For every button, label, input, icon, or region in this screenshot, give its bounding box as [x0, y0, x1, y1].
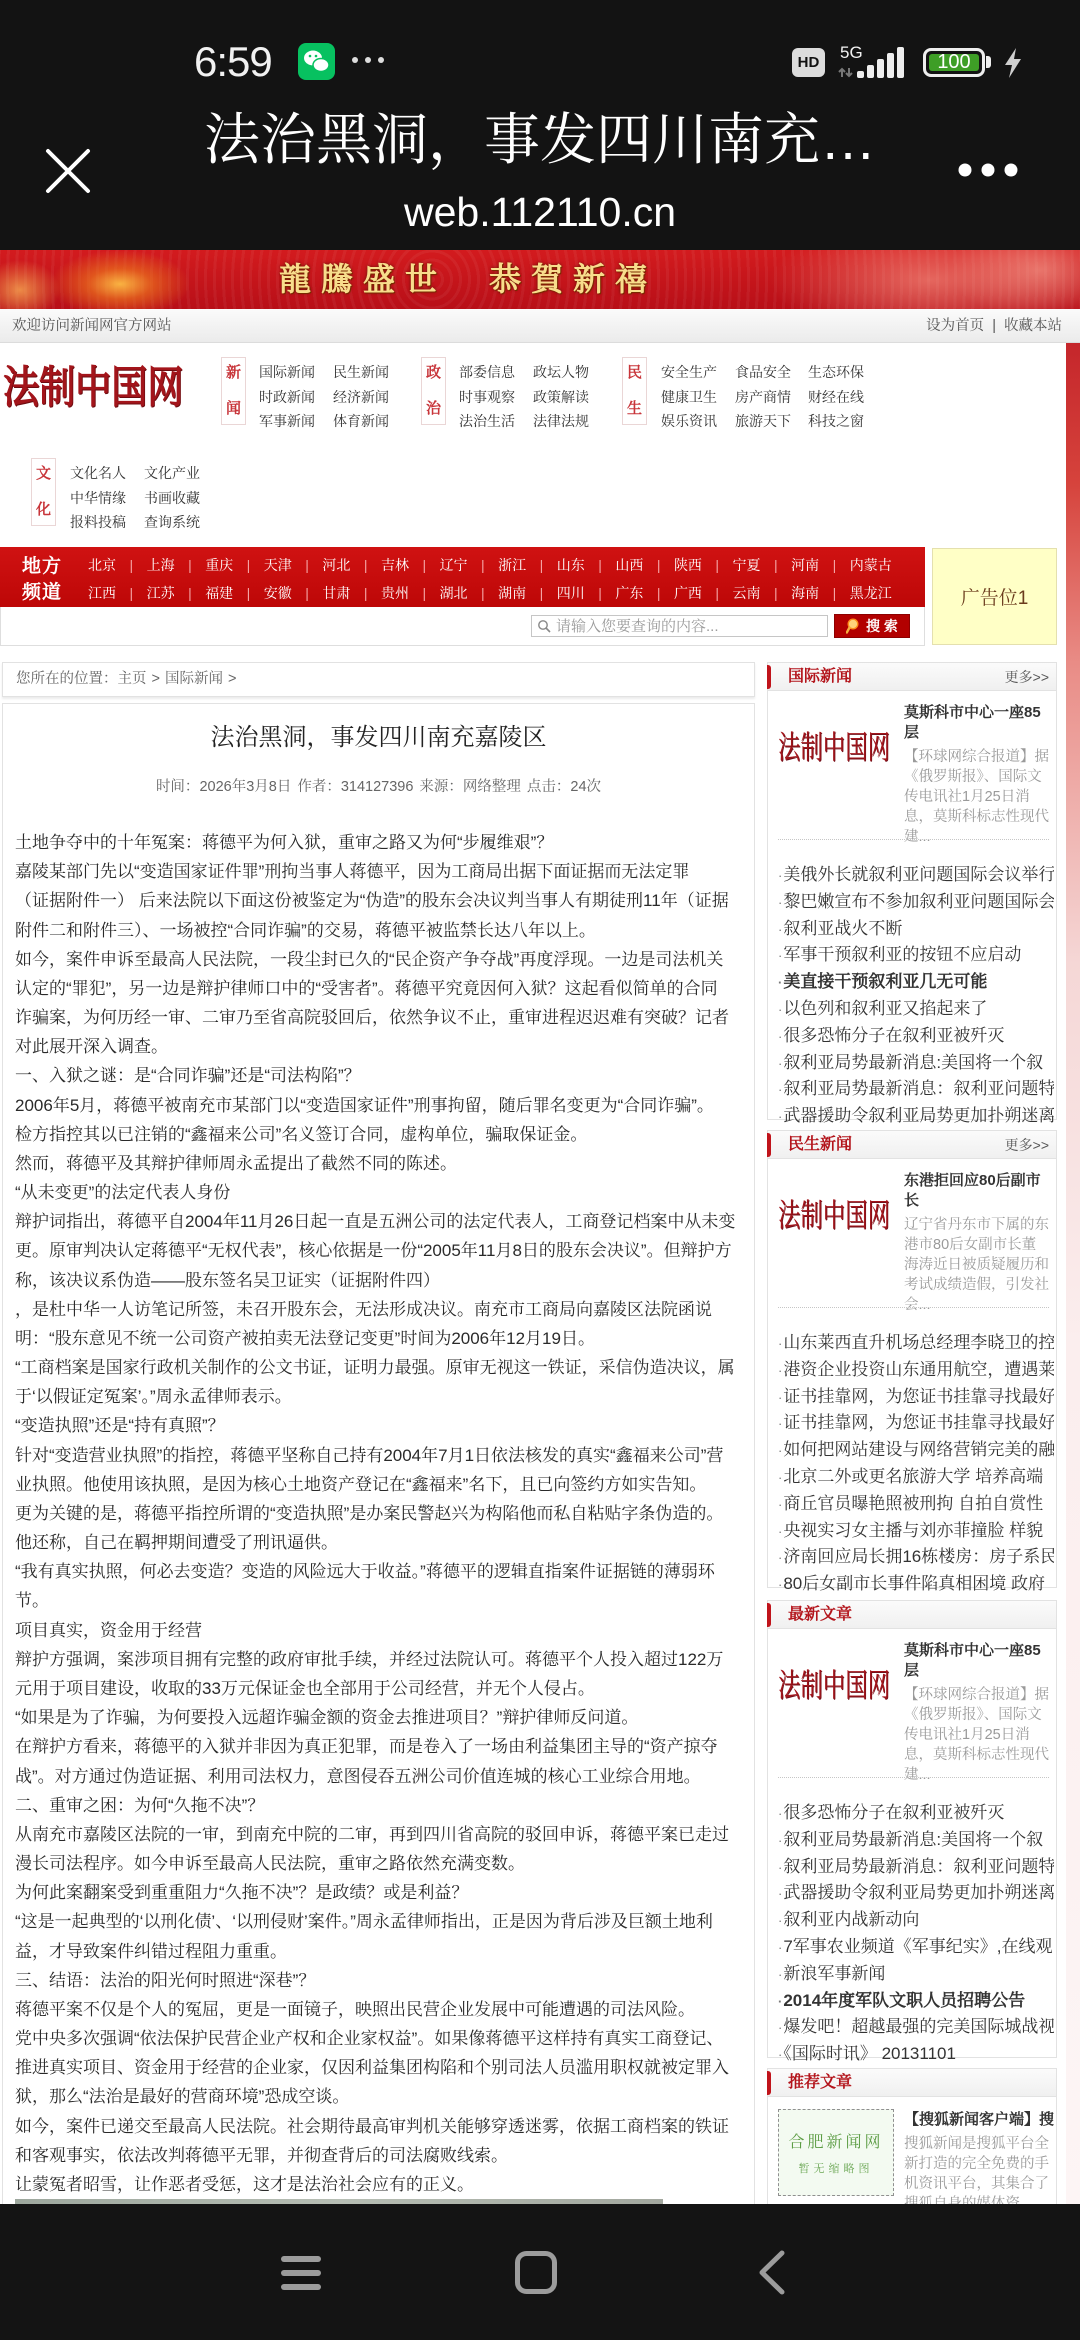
nav-link[interactable]: 房产商情 [735, 385, 808, 410]
meta-clicks-label: 点击： [527, 779, 571, 795]
separator: | [819, 552, 850, 578]
article-line: 党中央多次强调“依法保护民营企业产权和企业家权益”。如果像蒋德平这样持有真实工商… [15, 2024, 753, 2053]
region-link[interactable]: 重庆 [205, 552, 233, 578]
news-link[interactable]: ·济南回应局长拥16栋楼房：房子系民 [778, 1544, 1054, 1571]
separator: | [175, 552, 206, 578]
article-line: “工商档案是国家行政机关制作的公文书证，证明力最强。原审无视这一铁证，采信伪造决… [15, 1353, 753, 1382]
region-link[interactable]: 河北 [322, 552, 350, 578]
region-row: 江西| 江苏| 福建| 安徽| 甘肃| 贵州| 湖北| 湖南| 四川| 广东| … [88, 580, 892, 606]
separator: | [409, 580, 440, 606]
news-link[interactable]: ·叙利亚局势最新消息:美国将一个叙 [778, 1827, 1054, 1854]
summary-line: 《俄罗斯报》、国际文 [904, 767, 1054, 787]
summary-line: 息，莫斯科标志性现代 [904, 1745, 1054, 1765]
region-link[interactable]: 福建 [205, 580, 233, 606]
region-link[interactable]: 河南 [791, 552, 819, 578]
banner-text-right: 恭賀新禧 [489, 250, 657, 309]
separator: | [350, 552, 381, 578]
nav-group-label-char: 政 [426, 364, 441, 382]
nav-link[interactable]: 生态环保 [808, 360, 882, 385]
separator: | [468, 552, 499, 578]
nav-link[interactable]: 国际新闻 [259, 360, 333, 385]
separator: | [585, 552, 616, 578]
article-line: 从南充市嘉陵区法院的一审，到南充中院的二审，再到四川省高院的驳回申诉，蒋德平案已… [15, 1820, 753, 1849]
featured-summary: 辽宁省丹东市下属的东 港市80后女副市长董 海涛近日被质疑履历和 考试成绩造假，… [904, 1215, 1054, 1315]
nav-group-livelihood: 安全生产 食品安全 生态环保 健康卫生 房产商情 财经在线 娱乐资讯 旅游天下 … [661, 360, 882, 434]
article-section-heading: 三、结语：法治的阳光何时照进“深巷”？ [15, 1966, 753, 1995]
region-link[interactable]: 北京 [88, 552, 116, 578]
article-line: 土地争夺中的十年冤案：蒋德平为何入狱，重审之路又为何“步履维艰”？ [15, 828, 753, 857]
news-link[interactable]: ·美直接干预叙利亚几无可能 [778, 969, 1054, 996]
article-paragraph: 更为关键的是，蒋德平指控所谓的“变造执照”是办案民警赵兴为构陷他而私自粘贴字条伪… [15, 1499, 753, 1557]
article-line: 更。原审判决认定蒋德平“无权代表”，核心依据是一份“2005年11月8日的股东会… [15, 1236, 753, 1265]
section-title: 民生新闻 [788, 1131, 852, 1159]
hd-badge: HD [792, 48, 825, 77]
featured-article: 法制中国网 莫斯科市中心一座85 层 【环球网综合报道】据 《俄罗斯报》、国际文… [768, 1629, 1056, 1778]
top-links: 设为首页 | 收藏本站 [926, 309, 1062, 343]
nav-link[interactable]: 查询系统 [144, 510, 218, 535]
article-line: 益，才导致案件纠错过程阻力重重。 [15, 1937, 753, 1966]
thumbnail-no-image: 暂无缩略图 [799, 2160, 874, 2176]
sidebar-section-latest: 最新文章 法制中国网 莫斯科市中心一座85 层 【环球网综合报道】据 《俄罗斯报… [767, 1600, 1057, 2058]
featured-title-line: 莫斯科市中心一座85 [904, 703, 1054, 723]
article-line: “我有真实执照，何必去变造？变造的风险远大于收益。”蒋德平的逻辑直指案件证据链的… [15, 1557, 753, 1586]
more-link[interactable]: 更多>> [1005, 1131, 1049, 1159]
article-line: 业执照。他使用该执照，是因为核心土地资产登记在“鑫福来”名下，且已向签约方如实告… [15, 1470, 753, 1499]
separator: | [116, 552, 147, 578]
section-accent [767, 1133, 771, 1157]
nav-link[interactable]: 科技之窗 [808, 409, 882, 434]
article-line: “变造执照”还是“持有真照”？ [15, 1411, 753, 1440]
site-logo[interactable]: 法制中国网 [3, 362, 183, 414]
region-link[interactable]: 四川 [557, 580, 585, 606]
summary-line: 考试成绩造假，引发社 [904, 1275, 1054, 1295]
article-line: 节。 [15, 1586, 753, 1615]
featured-title-line: 长 [904, 1191, 1054, 1211]
nav-group-label-char: 新 [226, 364, 241, 382]
charging-bolt-icon [1003, 48, 1023, 78]
article-line: 一、入狱之谜：是“合同诈骗”还是“司法构陷”？ [15, 1061, 753, 1090]
section-header: 最新文章 [768, 1601, 1056, 1629]
section-accent [767, 665, 771, 689]
article-section-heading: 二、重审之困：为何“久拖不决”？ [15, 1791, 753, 1820]
status-time: 6:59 [194, 38, 272, 86]
article-body: 土地争夺中的十年冤案：蒋德平为何入狱，重审之路又为何“步履维艰”？ 嘉陵某部门先… [15, 828, 753, 2199]
featured-article: 法制中国网 莫斯科市中心一座85 层 【环球网综合报道】据 《俄罗斯报》、国际文… [768, 691, 1056, 840]
separator: | [292, 552, 323, 578]
news-link[interactable]: ·商丘官员曝艳照被刑拘 自拍自赏性 [778, 1491, 1054, 1518]
region-link[interactable]: 陕西 [674, 552, 702, 578]
meta-source: 网络整理 [463, 779, 521, 795]
news-link[interactable]: ·7军事农业频道《军事纪实》,在线观 [778, 1934, 1054, 1961]
news-link[interactable]: ·证书挂靠网，为您证书挂靠寻找最好 [778, 1410, 1054, 1437]
close-icon[interactable] [45, 148, 91, 194]
section-title: 最新文章 [788, 1601, 852, 1629]
featured-thumbnail[interactable]: 法制中国网 [778, 728, 859, 766]
browser-chrome: 6:59 HD 5G 100 法治黑洞，事发四川南充… web.112110.c… [0, 0, 1080, 250]
article-line: 称，该决议系伪造——股东签名吴卫证实（证据附件四） [15, 1266, 753, 1295]
summary-line: 【环球网综合报道】据 [904, 1685, 1054, 1705]
article-line: “如果是为了诈骗，为何要投入远超诈骗金额的资金去推进项目？”辩护律师反问道。 [15, 1703, 753, 1732]
signal-icon [838, 46, 910, 79]
news-link[interactable]: ·叙利亚局势最新消息：叙利亚问题特 [778, 1854, 1054, 1881]
nav-link[interactable]: 旅游天下 [735, 409, 808, 434]
featured-thumbnail[interactable]: 法制中国网 [778, 1666, 859, 1704]
separator: | [819, 580, 850, 606]
article-line: ，是杜中华一人访笔记所签，未召开股东会，无法形成决议。南充市工商局向嘉陵区法院函… [15, 1295, 753, 1324]
summary-line: 传电讯社1月25日消 [904, 1725, 1054, 1745]
nav-group-label-char: 文 [36, 465, 51, 483]
article-line: 项目真实，资金用于经营 [15, 1616, 753, 1645]
article-paragraph: 然而，蒋德平及其辩护律师周永孟提出了截然不同的陈述。 [15, 1149, 753, 1178]
search-icon [537, 619, 551, 633]
battery-icon: 100 [923, 48, 985, 77]
news-link[interactable]: ·很多恐怖分子在叙利亚被歼灭 [778, 1800, 1054, 1827]
nav-group-news: 国际新闻 民生新闻 时政新闻 经济新闻 军事新闻 体育新闻 [259, 360, 407, 434]
featured-thumbnail-placeholder[interactable]: 合肥新闻网 暂无缩略图 [778, 2109, 894, 2196]
news-link[interactable]: ·叙利亚局势最新消息：叙利亚问题特 [778, 1076, 1054, 1103]
article-line: 辩护词指出，蒋德平自2004年11月26日起一直是五洲公司的法定代表人，工商登记… [15, 1207, 753, 1236]
nav-link[interactable]: 经济新闻 [333, 385, 407, 410]
separator: | [468, 580, 499, 606]
dotted-divider [778, 1777, 1049, 1778]
article-line: 战”。对方通过伪造证据、利用司法权力，意图侵吞五洲公司价值连城的核心工业综合用地… [15, 1762, 753, 1791]
news-link[interactable]: ·北京二外或更名旅游大学 培养高端 [778, 1464, 1054, 1491]
nav-link[interactable]: 政坛人物 [533, 360, 607, 385]
article-line: 诈骗案，为何历经一审、二审乃至省高院驳回后，依然争议不止，重审进程迟迟难有突破？… [15, 1003, 753, 1032]
article-paragraph: ，是杜中华一人访笔记所签，未召开股东会，无法形成决议。南充市工商局向嘉陵区法院函… [15, 1295, 753, 1353]
search-input[interactable] [531, 615, 828, 637]
featured-title-line: 莫斯科市中心一座85 [904, 1641, 1054, 1661]
separator: | [643, 580, 674, 606]
article-line: 漫长司法程序。如今申诉至最高人民法院，重审之路依然充满变数。 [15, 1849, 753, 1878]
page-title: 法治黑洞，事发四川南充… [120, 108, 960, 172]
breadcrumb-separator: > [152, 671, 160, 687]
news-link[interactable]: ·80后女副市长事件陷真相困境 政府 [778, 1571, 1054, 1598]
summary-line: 港市80后女副市长董 [904, 1235, 1054, 1255]
more-notifications-icon [351, 56, 385, 64]
news-link[interactable]: ·黎巴嫩宣布不参加叙利亚问题国际会 [778, 889, 1054, 916]
separator: | [585, 580, 616, 606]
article-paragraph: “如果是为了诈骗，为何要投入远超诈骗金额的资金去推进项目？”辩护律师反问道。 [15, 1703, 753, 1732]
region-link[interactable]: 甘肃 [322, 580, 350, 606]
news-link[interactable]: ·叙利亚战火不断 [778, 916, 1054, 943]
dotted-divider [778, 1307, 1049, 1308]
news-link[interactable]: ·新浪军事新闻 [778, 1961, 1054, 1988]
sidebar-section-livelihood: 民生新闻 更多>> 法制中国网 东港拒回应80后副市 长 辽宁省丹东市下属的东 … [767, 1130, 1057, 1588]
summary-line: 传电讯社1月25日消 [904, 787, 1054, 807]
meta-time-label: 时间： [156, 779, 200, 795]
nav-group-label-char: 闻 [226, 400, 241, 418]
region-link[interactable]: 山东 [557, 552, 585, 578]
article-line: 如今，案件已递交至最高人民法院。社会期待最高审判机关能够穿透迷雾，依据工商档案的… [15, 2112, 753, 2141]
article-paragraph: “工商档案是国家行政机关制作的公文书证，证明力最强。原审无视这一铁证，采信伪造决… [15, 1353, 753, 1411]
back-icon[interactable] [757, 2250, 787, 2295]
news-link[interactable]: ·证书挂靠网，为您证书挂靠寻找最好 [778, 1384, 1054, 1411]
news-link[interactable]: ·很多恐怖分子在叙利亚被歼灭 [778, 1023, 1054, 1050]
featured-title[interactable]: 【搜狐新闻客户端】搜 [904, 2110, 1054, 2130]
article-line: 辩护方强调，案涉项目拥有完整的政府审批手续，并经过法院认可。蒋德平个人投入超过1… [15, 1645, 753, 1674]
article-line: 嘉陵某部门先以“变造国家证件罪”刑拘当事人蒋德平，因为工商局出据下面证据而无法定… [15, 857, 753, 886]
nav-group-label-news: 新 闻 [221, 357, 246, 425]
separator: | [292, 580, 323, 606]
region-link[interactable]: 黑龙江 [850, 580, 892, 606]
nav-link[interactable]: 法律法规 [533, 409, 607, 434]
region-channel-bar: 地方 频道 北京| 上海| 重庆| 天津| 河北| 吉林| 辽宁| 浙江| 山东… [0, 547, 925, 607]
article-paragraph: 从南充市嘉陵区法院的一审，到南充中院的二审，再到四川省高院的驳回申诉，蒋德平案已… [15, 1820, 753, 1878]
article-meta: 时间：2026年3月8日作者：314127396来源：网络整理点击：24次 [2, 776, 755, 798]
article-paragraph: “我有真实执照，何必去变造？变造的风险远大于收益。”蒋德平的逻辑直指案件证据链的… [15, 1557, 753, 1615]
nav-link[interactable]: 时事观察 [459, 385, 533, 410]
summary-line: 《俄罗斯报》、国际文 [904, 1705, 1054, 1725]
summary-line: 建... [904, 1765, 1054, 1785]
meta-clicks: 24次 [570, 779, 601, 795]
separator: | [233, 580, 264, 606]
sidebar-section-international: 国际新闻 更多>> 法制中国网 莫斯科市中心一座85 层 【环球网综合报道】据 … [767, 662, 1057, 1120]
nav-link[interactable]: 时政新闻 [259, 385, 333, 410]
welcome-text: 欢迎访问新闻网官方网站 [12, 309, 172, 343]
thumbnail-site-name: 合肥新闻网 [788, 2129, 883, 2152]
news-list: ·美俄外长就叙利亚问题国际会议举行 ·黎巴嫩宣布不参加叙利亚问题国际会 ·叙利亚… [778, 862, 1054, 1130]
article-line: 针对“变造营业执照”的指控，蒋德平坚称自己持有2004年7月1日依法核发的真实“… [15, 1441, 753, 1470]
section-accent [767, 1603, 771, 1627]
separator: | [526, 580, 557, 606]
meta-time: 2026年3月8日 [199, 779, 291, 795]
region-link[interactable]: 江苏 [147, 580, 175, 606]
article-line: 于‘以假证定冤案’。”周永孟律师表示。 [15, 1382, 753, 1411]
meta-author: 314127396 [341, 779, 414, 795]
article-line: 让蒙冤者昭雪，让作恶者受惩，这才是法治社会应有的正义。 [15, 2170, 753, 2199]
article-paragraph: 辩护方强调，案涉项目拥有完整的政府审批手续，并经过法院认可。蒋德平个人投入超过1… [15, 1645, 753, 1703]
news-link[interactable]: ·武器援助令叙利亚局势更加扑朔迷离 [778, 1103, 1054, 1130]
article-line: “这是一起典型的‘以刑化债’、‘以刑侵财’案件。”周永孟律师指出，正是因为背后涉… [15, 1907, 753, 1936]
news-link[interactable]: ·《国际时讯》 20131101 [778, 2041, 1054, 2068]
region-label: 地方 [22, 554, 62, 580]
nav-group-label-politics: 政 治 [421, 357, 446, 425]
menu-icon[interactable] [281, 2256, 321, 2290]
region-link[interactable]: 湖南 [498, 580, 526, 606]
article-line: “从未变更”的法定代表人身份 [15, 1178, 753, 1207]
featured-title[interactable]: 东港拒回应80后副市 长 [904, 1171, 1054, 1211]
article-section-heading: 一、入狱之谜：是“合同诈骗”还是“司法构陷”？ [15, 1061, 753, 1090]
more-icon[interactable] [957, 160, 1019, 180]
article-paragraph: 党中央多次强调“依法保护民营企业产权和企业家权益”。如果像蒋德平这样持有真实工商… [15, 2024, 753, 2112]
article-paragraph: 让蒙冤者昭雪，让作恶者受惩，这才是法治社会应有的正义。 [15, 2170, 753, 2199]
breadcrumb-separator: > [228, 671, 236, 687]
nav-link[interactable]: 报料投稿 [70, 510, 144, 535]
news-link[interactable]: ·叙利亚局势最新消息:美国将一个叙 [778, 1050, 1054, 1077]
region-link[interactable]: 海南 [791, 580, 819, 606]
search-icon [846, 618, 862, 634]
news-link[interactable]: ·叙利亚内战新动向 [778, 1907, 1054, 1934]
nav-group-label-char: 生 [627, 400, 642, 418]
article-line: 推进真实项目、资金用于经营的企业家，仅因利益集团构陷和个别司法人员滥用职权就被定… [15, 2053, 753, 2082]
news-link[interactable]: ·军事干预叙利亚的按钮不应启动 [778, 942, 1054, 969]
top-bar: 欢迎访问新闻网官方网站 设为首页 | 收藏本站 [0, 309, 1080, 343]
nav-link[interactable]: 文化产业 [144, 461, 218, 486]
article-line: 蒋德平案不仅是个人的冤屈，更是一面镜子，映照出民营企业发展中可能遭遇的司法风险。 [15, 1995, 753, 2024]
article-line: 狱，那么“法治是最好的营商环境”恐成空谈。 [15, 2082, 753, 2111]
article-paragraph: 蒋德平案不仅是个人的冤屈，更是一面镜子，映照出民营企业发展中可能遭遇的司法风险。 [15, 1995, 753, 2024]
nav-link[interactable]: 法治生活 [459, 409, 533, 434]
article-paragraph: 2006年5月，蒋德平被南充市某部门以“变造国家证件”刑事拘留，随后罪名变更为“… [15, 1091, 753, 1149]
section-title: 推荐文章 [788, 2069, 852, 2097]
region-link[interactable]: 广西 [674, 580, 702, 606]
region-link[interactable]: 内蒙古 [850, 552, 892, 578]
article-line: 然而，蒋德平及其辩护律师周永孟提出了截然不同的陈述。 [15, 1149, 753, 1178]
separator: | [175, 580, 206, 606]
separator: | [409, 552, 440, 578]
article-paragraph: 在辩护方看来，蒋德平的入狱并非因为真正犯罪，而是卷入了一场由利益集团主导的“资产… [15, 1732, 753, 1790]
news-link[interactable]: ·武器援助令叙利亚局势更加扑朔迷离 [778, 1880, 1054, 1907]
region-link[interactable]: 安徽 [264, 580, 292, 606]
region-link[interactable]: 云南 [733, 580, 761, 606]
region-link[interactable]: 浙江 [498, 552, 526, 578]
search-button-label: 搜 索 [866, 615, 898, 637]
separator: | [702, 580, 733, 606]
article-line: 他还称，自己在羁押期间遭受了刑讯逼供。 [15, 1528, 753, 1557]
region-link[interactable]: 上海 [147, 552, 175, 578]
featured-summary: 搜狐新闻是搜狐平台全 新打造的完全免费的手 机资讯平台，其集合了 搜狐自身的媒体… [904, 2134, 1054, 2214]
nav-link[interactable]: 体育新闻 [333, 409, 407, 434]
set-homepage-link[interactable]: 设为首页 [926, 318, 984, 334]
region-link[interactable]: 广东 [615, 580, 643, 606]
nav-link[interactable]: 中华情缘 [70, 486, 144, 511]
featured-title-line: 东港拒回应80后副市 [904, 1171, 1054, 1191]
news-link[interactable]: ·央视实习女主播与刘亦菲撞脸 样貌 [778, 1518, 1054, 1545]
nav-link[interactable]: 书画收藏 [144, 486, 218, 511]
section-header: 民生新闻 更多>> [768, 1131, 1056, 1159]
ad-slot[interactable]: 广告位1 [932, 548, 1057, 645]
breadcrumb-prefix: 您所在的位置： [16, 671, 118, 687]
section-header: 国际新闻 更多>> [768, 663, 1056, 691]
nav-link[interactable]: 民生新闻 [333, 360, 407, 385]
article-subheading: 项目真实，资金用于经营 [15, 1616, 753, 1645]
region-link[interactable]: 山西 [615, 552, 643, 578]
featured-summary: 【环球网综合报道】据 《俄罗斯报》、国际文 传电讯社1月25日消 息，莫斯科标志… [904, 1685, 1054, 1785]
region-link[interactable]: 江西 [88, 580, 116, 606]
banner-text-left: 龍騰盛世 [279, 250, 447, 309]
ad-label: 广告位1 [961, 583, 1029, 610]
article-line: 2006年5月，蒋德平被南充市某部门以“变造国家证件”刑事拘留，随后罪名变更为“… [15, 1091, 753, 1120]
nav-link[interactable]: 文化名人 [70, 461, 144, 486]
region-link[interactable]: 吉林 [381, 552, 409, 578]
meta-author-label: 作者： [297, 779, 341, 795]
page-background-edge [1066, 343, 1080, 2204]
section-header: 推荐文章 [768, 2069, 1056, 2097]
nav-link[interactable]: 健康卫生 [661, 385, 735, 410]
nav-group-label-char: 化 [36, 501, 51, 519]
news-link[interactable]: ·如何把网站建设与网络营销完美的融 [778, 1437, 1054, 1464]
nav-group-label-char: 治 [426, 400, 441, 418]
article-line: 在辩护方看来，蒋德平的入狱并非因为真正犯罪，而是卷入了一场由利益集团主导的“资产… [15, 1732, 753, 1761]
news-list: ·很多恐怖分子在叙利亚被歼灭 ·叙利亚局势最新消息:美国将一个叙 ·叙利亚局势最… [778, 1800, 1054, 2068]
news-link[interactable]: ·2014年度军队文职人员招聘公告 [778, 1988, 1054, 2015]
news-list: ·山东莱西直升机场总经理李晓卫的控 ·港资企业投资山东通用航空，遭遇莱 ·证书挂… [778, 1330, 1054, 1598]
summary-line: 搜狐新闻是搜狐平台全 [904, 2134, 1054, 2154]
summary-line: 【环球网综合报道】据 [904, 747, 1054, 767]
news-link[interactable]: ·美俄外长就叙利亚问题国际会议举行 [778, 862, 1054, 889]
article-line: 如今，案件申诉至最高人民法院，一段尘封已久的“民企资产争夺战”再度浮现。一边是司… [15, 945, 753, 974]
nav-link[interactable]: 部委信息 [459, 360, 533, 385]
holiday-banner: 龍騰盛世 恭賀新禧 [0, 250, 1080, 309]
article-paragraph: 为何此案翻案受到重重阻力“久拖不决”？是政绩？或是利益？ [15, 1878, 753, 1907]
article-line: 检方指控其以已注销的“鑫福来公司”名义签订合同，虚构单位，骗取保证金。 [15, 1120, 753, 1149]
summary-line: 海涛近日被质疑履历和 [904, 1255, 1054, 1275]
article-title: 法治黑洞，事发四川南充嘉陵区 [2, 722, 755, 754]
nav-link[interactable]: 军事新闻 [259, 409, 333, 434]
article-line: 为何此案翻案受到重重阻力“久拖不决”？是政绩？或是利益？ [15, 1878, 753, 1907]
article-subheading: “从未变更”的法定代表人身份 [15, 1178, 753, 1207]
summary-line: 机资讯平台，其集合了 [904, 2174, 1054, 2194]
nav-link[interactable]: 娱乐资讯 [661, 409, 735, 434]
separator: | [526, 552, 557, 578]
article-line: 附件二和附件三）、一场被控“合同诈骗”的交易，蒋德平被监禁长达八年以上。 [15, 916, 753, 945]
breadcrumb: 您所在的位置：主页>国际新闻> [2, 662, 755, 697]
news-link[interactable]: ·港资企业投资山东通用航空，遭遇莱 [778, 1357, 1054, 1384]
separator: | [350, 580, 381, 606]
region-link[interactable]: 贵州 [381, 580, 409, 606]
section-title: 国际新闻 [788, 663, 852, 691]
featured-title[interactable]: 莫斯科市中心一座85 层 [904, 1641, 1054, 1681]
region-link[interactable]: 辽宁 [440, 552, 468, 578]
summary-line: 辽宁省丹东市下属的东 [904, 1215, 1054, 1235]
featured-title[interactable]: 莫斯科市中心一座85 层 [904, 703, 1054, 743]
article-paragraph: “这是一起典型的‘以刑化债’、‘以刑侵财’案件。”周永孟律师指出，正是因为背后涉… [15, 1907, 753, 1965]
article-paragraph: 如今，案件已递交至最高人民法院。社会期待最高审判机关能够穿透迷雾，依据工商档案的… [15, 2112, 753, 2170]
battery-tip [986, 56, 991, 68]
featured-thumbnail[interactable]: 法制中国网 [778, 1196, 859, 1234]
nav-group-label-char: 民 [627, 364, 642, 382]
news-link[interactable]: ·山东莱西直升机场总经理李晓卫的控 [778, 1330, 1054, 1357]
region-row: 北京| 上海| 重庆| 天津| 河北| 吉林| 辽宁| 浙江| 山东| 山西| … [88, 552, 892, 578]
article-paragraph: 辩护词指出，蒋德平自2004年11月26日起一直是五洲公司的法定代表人，工商登记… [15, 1207, 753, 1295]
article-paragraph: 嘉陵某部门先以“变造国家证件罪”刑拘当事人蒋德平，因为工商局出据下面证据而无法定… [15, 857, 753, 945]
summary-line: 息，莫斯科标志性现代 [904, 807, 1054, 827]
more-link[interactable]: 更多>> [1005, 663, 1049, 691]
separator: | [702, 552, 733, 578]
region-link[interactable]: 天津 [264, 552, 292, 578]
news-link[interactable]: ·以色列和叙利亚又掐起来了 [778, 996, 1054, 1023]
article-paragraph: 如今，案件申诉至最高人民法院，一段尘封已久的“民企资产争夺战”再度浮现。一边是司… [15, 945, 753, 1062]
breadcrumb-category[interactable]: 国际新闻 [165, 671, 223, 687]
nav-group-politics: 部委信息 政坛人物 时事观察 政策解读 法治生活 法律法规 [459, 360, 607, 434]
nav-group-culture: 文化名人 文化产业 中华情缘 书画收藏 报料投稿 查询系统 [70, 461, 218, 535]
separator: | [116, 580, 147, 606]
search-button[interactable]: 搜 索 [834, 614, 910, 638]
article-paragraph: 针对“变造营业执照”的指控，蒋德平坚称自己持有2004年7月1日依法核发的真实“… [15, 1441, 753, 1499]
home-icon[interactable] [514, 2250, 558, 2295]
article-line: 更为关键的是，蒋德平指控所谓的“变造执照”是办案民警赵兴为构陷他而私自粘贴字条伪… [15, 1499, 753, 1528]
meta-source-label: 来源： [419, 779, 463, 795]
separator: | [992, 318, 996, 334]
nav-link[interactable]: 财经在线 [808, 385, 882, 410]
separator: | [761, 580, 792, 606]
section-accent [767, 2071, 771, 2095]
separator: | [761, 552, 792, 578]
system-navigation-bar [0, 2204, 1080, 2340]
nav-link[interactable]: 食品安全 [735, 360, 808, 385]
article-line: 二、重审之困：为何“久拖不决”？ [15, 1791, 753, 1820]
breadcrumb-home[interactable]: 主页 [118, 671, 147, 687]
article-line: 认定的“罪犯”，另一边是辩护律师口中的“受害者”。蒋德平究竟因何入狱？这起看似简… [15, 974, 753, 1003]
nav-link[interactable]: 安全生产 [661, 360, 735, 385]
news-link[interactable]: ·爆发吧！超越最强的完美国际城战视 [778, 2014, 1054, 2041]
nav-link[interactable]: 政策解读 [533, 385, 607, 410]
region-link[interactable]: 宁夏 [733, 552, 761, 578]
bookmark-link[interactable]: 收藏本站 [1004, 318, 1062, 334]
region-link[interactable]: 湖北 [440, 580, 468, 606]
article-paragraph: 土地争夺中的十年冤案：蒋德平为何入狱，重审之路又为何“步履维艰”？ [15, 828, 753, 857]
